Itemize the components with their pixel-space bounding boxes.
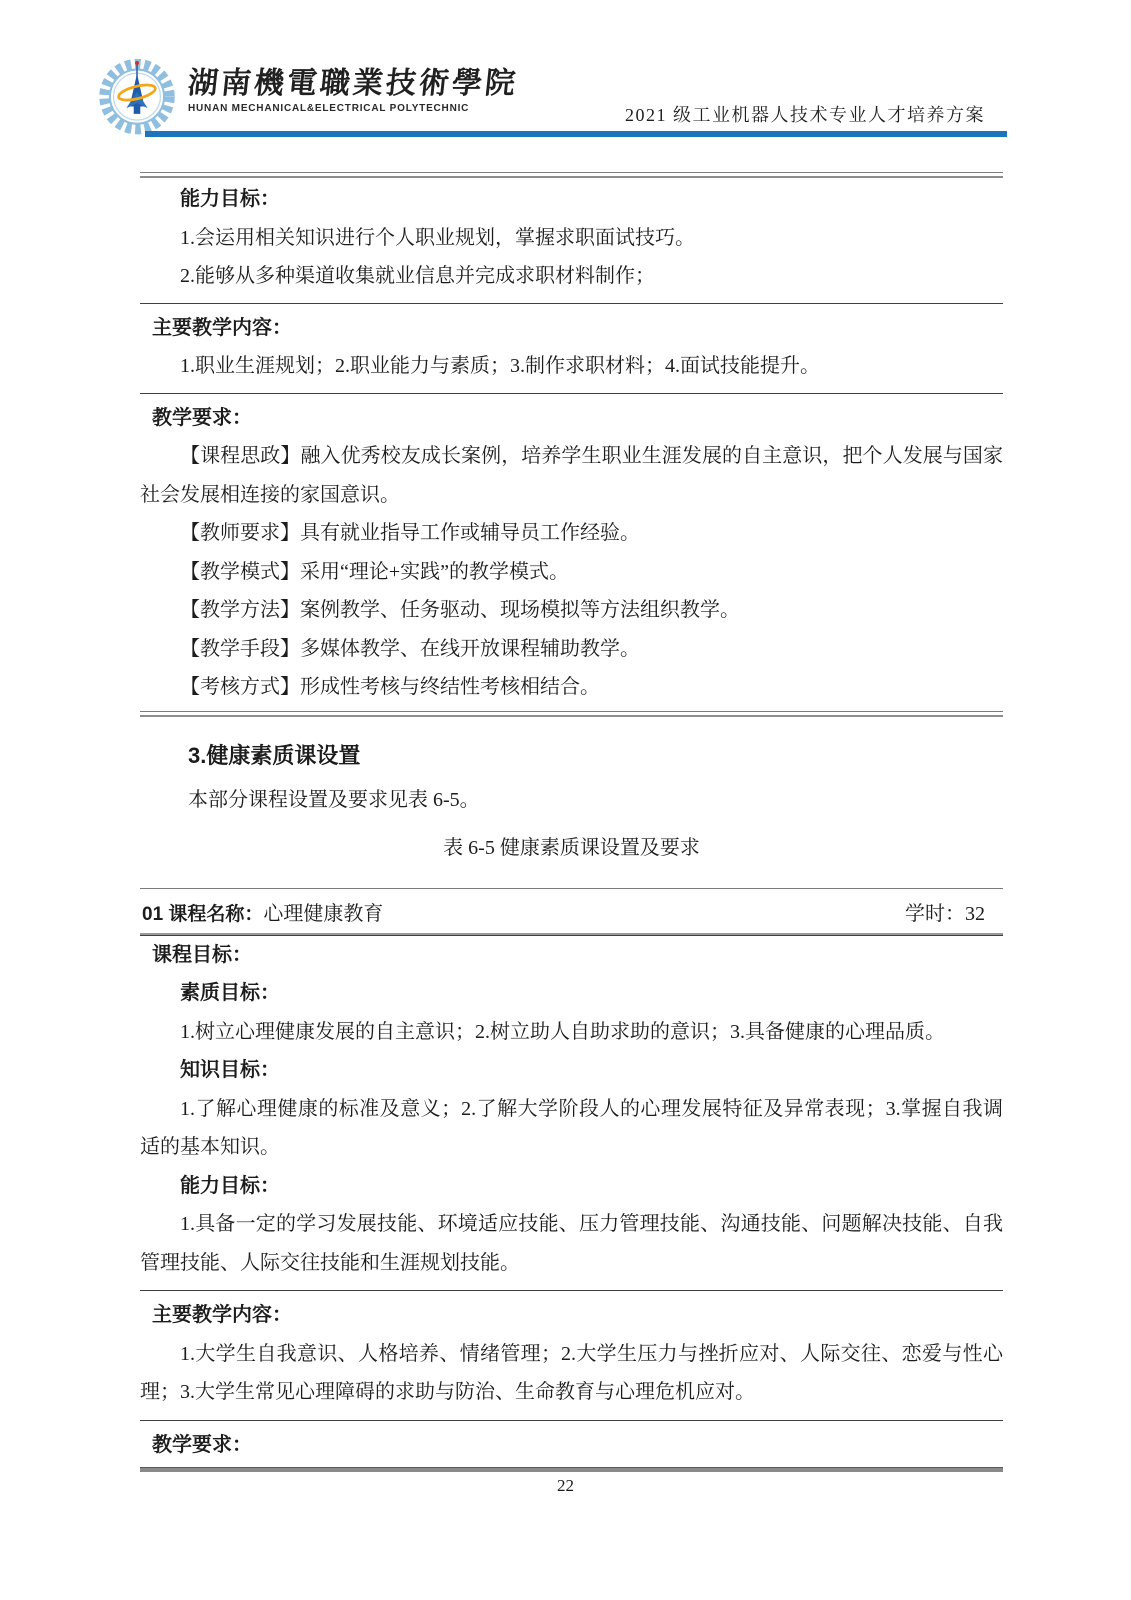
hours-value: 32 bbox=[965, 903, 985, 925]
school-name-zh: 湖南機電職業技術學院 bbox=[186, 68, 519, 100]
teaching-requirement-item: 【教学方法】案例教学、任务驱动、现场模拟等方法组织教学。 bbox=[140, 591, 1003, 630]
document-title: 2021 级工业机器人技术专业人才培养方案 bbox=[625, 101, 985, 127]
row-divider bbox=[140, 393, 1003, 394]
ability-goal-item: 1.会运用相关知识进行个人职业规划，掌握求职面试技巧。 bbox=[140, 219, 1003, 258]
table-caption: 表 6-5 健康素质课设置及要求 bbox=[140, 829, 1003, 868]
knowledge-goal-label: 知识目标： bbox=[180, 1051, 1003, 1090]
course-name-cell: 01 课程名称：心理健康教育 bbox=[142, 897, 383, 926]
ability-goal-label: 能力目标： bbox=[180, 180, 1003, 219]
quality-goal-text: 1.树立心理健康发展的自主意识；2.树立助人自助求助的意识；3.具备健康的心理品… bbox=[140, 1013, 1003, 1052]
teaching-requirement-item: 【教学手段】多媒体教学、在线开放课程辅助教学。 bbox=[140, 630, 1003, 669]
row-divider bbox=[140, 1290, 1003, 1291]
school-logo: 湖南機電職業技術學院 HUNAN MECHANICAL&ELECTRICAL P… bbox=[96, 54, 518, 136]
teaching-requirement-item: 【考核方式】形成性考核与终结性考核相结合。 bbox=[140, 668, 1003, 707]
page-number: 22 bbox=[0, 1476, 1131, 1496]
course-hours-cell: 学时：32 bbox=[905, 897, 985, 926]
teaching-requirement-item: 【教学模式】采用“理论+实践”的教学模式。 bbox=[140, 553, 1003, 592]
teaching-requirement-label: 教学要求： bbox=[152, 399, 1003, 438]
ability-goal-text: 1.具备一定的学习发展技能、环境适应技能、压力管理技能、沟通技能、问题解决技能、… bbox=[140, 1205, 1003, 1282]
document-page: 湖南機電職業技術學院 HUNAN MECHANICAL&ELECTRICAL P… bbox=[0, 0, 1131, 1600]
section-intro: 本部分课程设置及要求见表 6-5。 bbox=[188, 781, 1003, 820]
table-top-divider bbox=[140, 172, 1003, 178]
quality-goal-label: 素质目标： bbox=[180, 974, 1003, 1013]
gear-emblem-icon bbox=[96, 54, 178, 136]
row-divider bbox=[140, 303, 1003, 304]
teaching-requirement-item: 【教师要求】具有就业指导工作或辅导员工作经验。 bbox=[140, 514, 1003, 553]
ability-goal-item: 2.能够从多种渠道收集就业信息并完成求职材料制作； bbox=[140, 257, 1003, 296]
school-name-block: 湖南機電職業技術學院 HUNAN MECHANICAL&ELECTRICAL P… bbox=[188, 54, 518, 114]
row-divider bbox=[140, 1420, 1003, 1421]
teaching-content-text: 1.职业生涯规划；2.职业能力与素质；3.制作求职材料；4.面试技能提升。 bbox=[140, 347, 1003, 386]
teaching-requirement-label: 教学要求： bbox=[152, 1426, 1003, 1465]
knowledge-goal-text: 1.了解心理健康的标准及意义；2.了解大学阶段人的心理发展特征及异常表现；3.掌… bbox=[140, 1090, 1003, 1167]
course-header-row: 01 课程名称：心理健康教育 学时：32 bbox=[140, 888, 1003, 936]
page-content: 能力目标： 1.会运用相关知识进行个人职业规划，掌握求职面试技巧。 2.能够从多… bbox=[140, 168, 1003, 1472]
hours-label: 学时： bbox=[905, 903, 965, 925]
teaching-requirement-item: 【课程思政】融入优秀校友成长案例，培养学生职业生涯发展的自主意识，把个人发展与国… bbox=[140, 437, 1003, 514]
teaching-content-label: 主要教学内容： bbox=[152, 309, 1003, 348]
section-heading: 3.健康素质课设置 bbox=[188, 741, 1003, 771]
teaching-content-text: 1.大学生自我意识、人格培养、情绪管理；2.大学生压力与挫折应对、人际交往、恋爱… bbox=[140, 1335, 1003, 1412]
teaching-content-label: 主要教学内容： bbox=[152, 1296, 1003, 1335]
course-name-value: 心理健康教育 bbox=[263, 903, 383, 925]
table-bottom-divider bbox=[140, 711, 1003, 717]
table-bottom-edge bbox=[140, 1467, 1003, 1472]
school-name-en: HUNAN MECHANICAL&ELECTRICAL POLYTECHNIC bbox=[188, 103, 518, 114]
course-goal-label: 课程目标： bbox=[152, 936, 1003, 975]
ability-goal-label: 能力目标： bbox=[180, 1167, 1003, 1206]
course-name-label: 01 课程名称： bbox=[142, 904, 263, 925]
header-accent-bar bbox=[145, 131, 1007, 137]
